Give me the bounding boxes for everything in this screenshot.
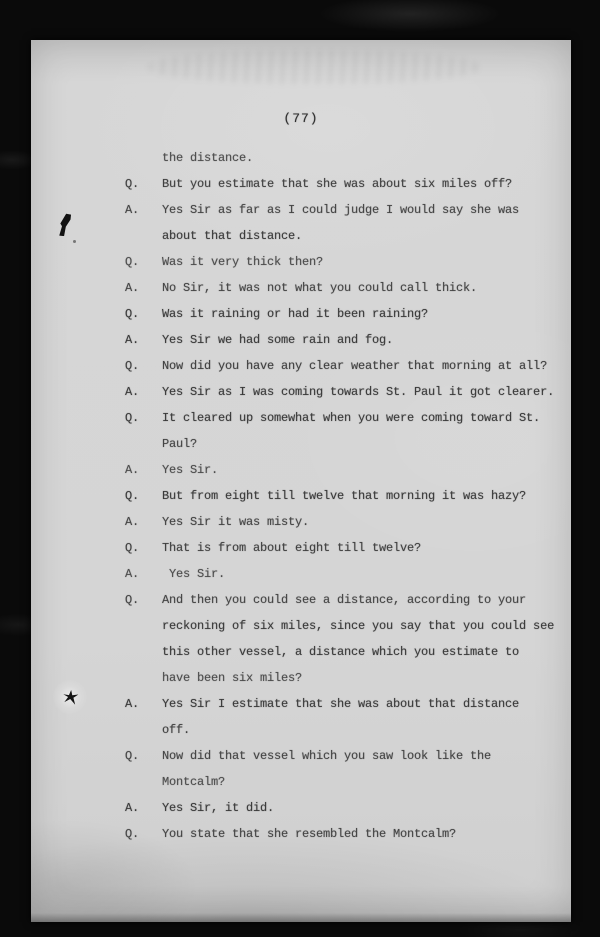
line-text: about that distance.	[162, 228, 302, 244]
transcript-line: Q. But from eight till twelve that morni…	[125, 488, 565, 514]
transcript-line: A. Yes Sir as I was coming towards St. P…	[125, 384, 565, 410]
transcript-line: Q. It cleared up somewhat when you were …	[125, 410, 565, 436]
speaker-label: Q.	[125, 306, 162, 322]
transcript-line: off.	[125, 722, 565, 748]
speaker-label: Q.	[125, 826, 162, 842]
line-text: It cleared up somewhat when you were com…	[162, 410, 540, 426]
ghost-text-smudge	[149, 50, 479, 84]
line-text: Yes Sir it was misty.	[162, 514, 309, 530]
transcript-line: A. Yes Sir I estimate that she was about…	[125, 696, 565, 722]
line-text: Yes Sir as far as I could judge I would …	[162, 202, 519, 218]
line-text: Yes Sir.	[162, 462, 218, 478]
line-text: Yes Sir.	[162, 566, 225, 582]
line-text: Yes Sir I estimate that she was about th…	[162, 696, 519, 712]
transcript-line: Q. And then you could see a distance, ac…	[125, 592, 565, 618]
speaker-label: Q.	[125, 358, 162, 374]
transcript-line: about that distance.	[125, 228, 565, 254]
line-text: Montcalm?	[162, 774, 225, 790]
line-text: But you estimate that she was about six …	[162, 176, 512, 192]
transcript-line: A. Yes Sir.	[125, 462, 565, 488]
speaker-label: A.	[125, 202, 162, 218]
transcript-line: the distance.	[125, 150, 565, 176]
line-text: And then you could see a distance, accor…	[162, 592, 526, 608]
speaker-label: A.	[125, 696, 162, 712]
line-text: Was it raining or had it been raining?	[162, 306, 428, 322]
speaker-label: Q.	[125, 176, 162, 192]
transcript-line: A. Yes Sir we had some rain and fog.	[125, 332, 565, 358]
speaker-label: Q.	[125, 254, 162, 270]
document-page: (77) the distance. Q. But you estimate t…	[31, 40, 571, 922]
speaker-label: A.	[125, 462, 162, 478]
line-text: Yes Sir, it did.	[162, 800, 274, 816]
speaker-label: A.	[125, 384, 162, 400]
transcript-line: A. Yes Sir as far as I could judge I wou…	[125, 202, 565, 228]
transcript-line: A. No Sir, it was not what you could cal…	[125, 280, 565, 306]
scanned-page-photo: (77) the distance. Q. But you estimate t…	[0, 0, 600, 937]
transcript-line: Q. That is from about eight till twelve?	[125, 540, 565, 566]
transcript-line: have been six miles?	[125, 670, 565, 696]
ink-star-halo	[53, 680, 87, 714]
line-text: Now did that vessel which you saw look l…	[162, 748, 491, 764]
speaker-label: A.	[125, 800, 162, 816]
transcript-line: Q. Was it very thick then?	[125, 254, 565, 280]
transcript-line: A. Yes Sir it was misty.	[125, 514, 565, 540]
line-text: Paul?	[162, 436, 197, 452]
line-text: Was it very thick then?	[162, 254, 323, 270]
ink-speck-mark	[73, 240, 76, 243]
transcript-line: Montcalm?	[125, 774, 565, 800]
line-text: Yes Sir as I was coming towards St. Paul…	[162, 384, 554, 400]
line-text: No Sir, it was not what you could call t…	[162, 280, 477, 296]
speaker-label: Q.	[125, 748, 162, 764]
transcript-line: Q. You state that she resembled the Mont…	[125, 826, 565, 852]
ink-star-mark	[62, 689, 79, 705]
line-text: this other vessel, a distance which you …	[162, 644, 519, 660]
line-text: have been six miles?	[162, 670, 302, 686]
speaker-label: A.	[125, 332, 162, 348]
transcript: the distance. Q. But you estimate that s…	[125, 150, 565, 852]
transcript-line: Q. Now did that vessel which you saw loo…	[125, 748, 565, 774]
line-text: Yes Sir we had some rain and fog.	[162, 332, 393, 348]
speaker-label: Q.	[125, 488, 162, 504]
transcript-line: A. Yes Sir, it did.	[125, 800, 565, 826]
transcript-line: this other vessel, a distance which you …	[125, 644, 565, 670]
speaker-label: Q.	[125, 540, 162, 556]
line-text: Now did you have any clear weather that …	[162, 358, 547, 374]
line-text: reckoning of six miles, since you say th…	[162, 618, 554, 634]
speaker-label: A.	[125, 566, 162, 582]
line-text: You state that she resembled the Montcal…	[162, 826, 456, 842]
line-text: That is from about eight till twelve?	[162, 540, 421, 556]
page-number: (77)	[31, 111, 571, 126]
transcript-line: A. Yes Sir.	[125, 566, 565, 592]
ink-blot-mark	[55, 211, 74, 237]
line-text: the distance.	[162, 150, 253, 166]
transcript-line: reckoning of six miles, since you say th…	[125, 618, 565, 644]
line-text: But from eight till twelve that morning …	[162, 488, 526, 504]
transcript-line: Paul?	[125, 436, 565, 462]
speaker-label: Q.	[125, 410, 162, 426]
transcript-line: Q. Was it raining or had it been raining…	[125, 306, 565, 332]
speaker-label: Q.	[125, 592, 162, 608]
transcript-line: Q. But you estimate that she was about s…	[125, 176, 565, 202]
transcript-line: Q. Now did you have any clear weather th…	[125, 358, 565, 384]
speaker-label: A.	[125, 514, 162, 530]
speaker-label: A.	[125, 280, 162, 296]
line-text: off.	[162, 722, 190, 738]
